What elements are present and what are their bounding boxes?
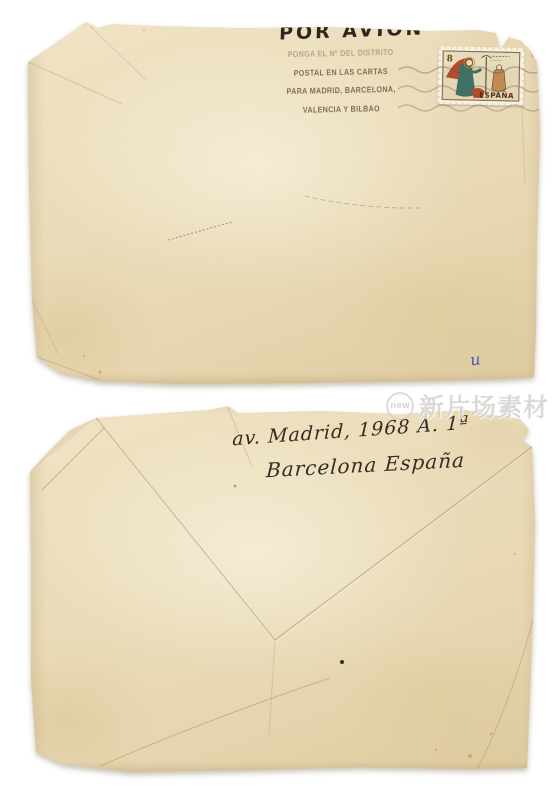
photo-canvas: POR AVION PONGA EL Nº DEL DISTRITO POSTA… <box>0 0 556 800</box>
cancellation-waves <box>398 60 548 118</box>
envelope-front-body: POR AVION PONGA EL Nº DEL DISTRITO POSTA… <box>24 16 542 388</box>
envelope-back: av. Madrid, 1968 A. 1ª Barcelona España <box>26 404 538 776</box>
postmark-line: PONGA EL Nº DEL DISTRITO <box>285 43 396 64</box>
postmark-line: VALENCIA Y BILBAO <box>286 98 397 119</box>
envelope-back-body: av. Madrid, 1968 A. 1ª Barcelona España <box>26 404 538 776</box>
watermark-text: 新片场素材 <box>419 388 549 424</box>
postmark-line: POSTAL EN LAS CARTAS <box>285 61 396 82</box>
envelope-front: POR AVION PONGA EL Nº DEL DISTRITO POSTA… <box>24 16 542 388</box>
postmark-line: PARA MADRID, BARCELONA, <box>286 80 397 101</box>
watermark-logo-icon: new <box>386 392 414 420</box>
watermark: new 新片场素材 <box>386 388 549 424</box>
slogan-postmark: PONGA EL Nº DEL DISTRITO POSTAL EN LAS C… <box>285 43 397 119</box>
